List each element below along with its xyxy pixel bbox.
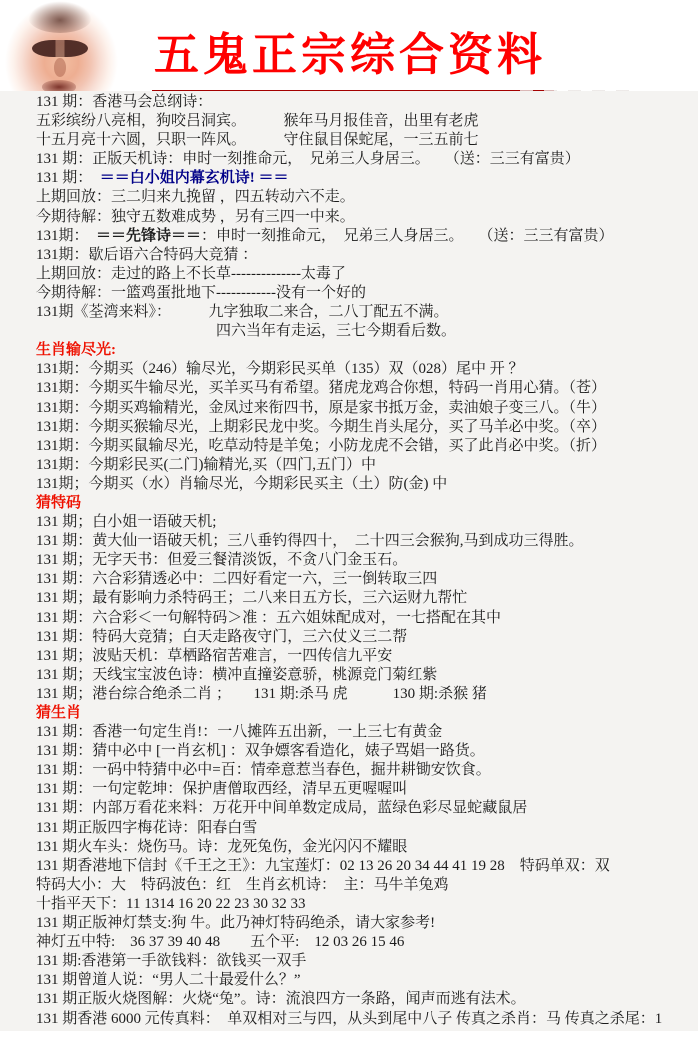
sunglasses-icon (32, 40, 89, 57)
text-line: 131 期：黄大仙一语破天机；三八垂钓得四十， 二十四三会猴狗,马到成功三得胜。 (36, 532, 698, 551)
text-run: 上期回放：三二归来九挽留 ，四五转动六不走。 (36, 189, 355, 205)
text-run: 131期：歇后语六合特码大竞猜 ： (36, 247, 257, 263)
text-run: 131 期：正版天机诗：申时一刻推命元， 兄弟三人身居三。 （送：三三有富贵） (36, 151, 580, 167)
text-run: ＝＝先锋诗＝＝ (96, 228, 201, 244)
text-run: 131期；今期买（水）肖输尽光，今期彩民买主（土）防(金) 中 (36, 476, 447, 492)
text-line: 131期：今期买牛输尽光，买羊买马有希望。猪虎龙鸡合你想，特码一肖用心猜。（苍） (36, 379, 698, 398)
text-run: 131 期香港地下信封《千王之王》：九宝莲灯：02 13 26 20 34 44… (36, 858, 610, 874)
text-run: 五彩缤纷八亮相，狗咬吕洞宾。 猴年马月报佳音，出里有老虎 (36, 113, 479, 129)
text-line: 131 期正版神灯禁支:狗 牛。此乃神灯特码绝杀，请大家参考! (36, 914, 698, 933)
text-run: 131 期：黄大仙一语破天机；三八垂钓得四十， 二十四三会猴狗,马到成功三得胜。 (36, 533, 584, 549)
section-header-zodiac-loss: 生肖输尽光: (36, 341, 698, 360)
text-run: 131 期： (36, 170, 100, 186)
text-line: 四六当年有走运，三七今期看后数。 (36, 322, 698, 341)
text-run: 131期：今期彩民买(二门)输精光,买（四门,五门）中 (36, 457, 376, 473)
text-run: 猜特码 (36, 495, 81, 511)
text-line: 神灯五中特: 36 37 39 40 48 五个平: 12 03 26 15 4… (36, 933, 698, 952)
text-line: 131 期：正版天机诗：申时一刻推命元， 兄弟三人身居三。 （送：三三有富贵） (36, 150, 698, 169)
text-line: 131 期:香港第一手欲钱料：欲钱买一双手 (36, 952, 698, 971)
page-title: 五鬼正宗综合资料 (152, 18, 554, 94)
text-run: 四六当年有走运，三七今期看后数。 (36, 323, 456, 339)
content-lines: 131 期：香港马会总纲诗：五彩缤纷八亮相，狗咬吕洞宾。 猴年马月报佳音，出里有… (0, 91, 698, 1031)
text-line: 特码大小：大 特码波色：红 生肖玄机诗： 主：马牛羊兔鸡 (36, 876, 698, 895)
text-line: 131 期香港地下信封《千王之王》：九宝莲灯：02 13 26 20 34 44… (36, 857, 698, 876)
hair-shape (28, 1, 92, 33)
text-line: 131 期：六合彩＜一句解特码＞准 ：五六姐妹配成对，一七搭配在其中 (36, 609, 698, 628)
text-run: 131 期；白小姐一语破天机; (36, 514, 216, 530)
text-line: 131 期：香港一句定生肖!：一八摊阵五出新，一上三七有黄金 (36, 723, 698, 742)
text-line: 131 期：六合彩猜透必中：二四好看定一六，三一倒转取三四 (36, 570, 698, 589)
text-run: 131 期：香港马会总纲诗： (36, 94, 212, 110)
text-run: 上期回放：走过的路上不长草--------------太毒了 (36, 266, 346, 282)
text-line: 131 期火车头：烧伤马。诗：龙死兔伤，金光闪闪不耀眼 (36, 838, 698, 857)
text-line: 131 期；无字天书：但爱三餐清淡饭，不贪八门金玉石。 (36, 551, 698, 570)
text-line: 131期：今期买（246）输尽光，今期彩民买单（135）双（028）尾中 开 ？ (36, 360, 698, 379)
text-line: 131 期：一码中特猜中必中=百：情牵意惹当春色，掘井耕锄安饮食。 (36, 761, 698, 780)
text-run: 131期《荃湾来料》： 九字独取二来合，二八丁配五不满。 (36, 304, 449, 320)
text-line: 131 期；最有影响力杀特码王；二八来日五方长，三六运财九帮忙 (36, 589, 698, 608)
text-line: 131 期：香港马会总纲诗： (36, 93, 698, 112)
text-run: 十五月亮十六圆，只职一阵风。 守住鼠目保蛇尾，一三五前七 (36, 132, 479, 148)
text-run: 131 期；最有影响力杀特码王；二八来日五方长，三六运财九帮忙 (36, 590, 467, 606)
text-line: 131 期正版四字梅花诗：阳春白雪 (36, 819, 698, 838)
text-run: ＝＝白小姐内幕玄机诗! ＝＝ (100, 170, 289, 186)
section-header-guess-zodiac: 猜生肖 (36, 704, 698, 723)
text-run: 十指平天下：11 1314 16 20 22 23 30 32 33 (36, 896, 305, 912)
text-run: 131 期正版火烧图解：火烧“兔”。诗：流浪四方一条路，闻声而逃有法术。 (36, 991, 526, 1007)
text-run: 131 期正版四字梅花诗：阳春白雪 (36, 820, 257, 836)
text-line: 131期：今期买鼠输尽光，吃草动特是羊兔；小防龙虎不会错，买了此肖必中奖。（折） (36, 437, 698, 456)
text-run: 131 期：内部万看花来料：万花开中间单数定成局，蓝绿色彩尽显蛇藏鼠居 (36, 800, 527, 816)
text-line: 131 期：猜中必中 [一肖玄机] ：双争嫖客看造化，婊子骂娼一路货。 (36, 742, 698, 761)
text-run: 131 期；港台综合绝杀二肖 ； 131 期:杀马 虎 130 期:杀猴 猪 (36, 686, 487, 702)
text-run: 猜生肖 (36, 705, 81, 721)
text-run: 131 期；波贴天机：草栖路宿苦难言，一四传信九平安 (36, 648, 392, 664)
text-run: 131 期：六合彩＜一句解特码＞准 ：五六姐妹配成对，一七搭配在其中 (36, 610, 501, 626)
text-run: 131 期：猜中必中 [一肖玄机] ：双争嫖客看造化，婊子骂娼一路货。 (36, 743, 485, 759)
text-line: 131期《荃湾来料》： 九字独取二来合，二八丁配五不满。 (36, 303, 698, 322)
text-run: 131期： (36, 228, 96, 244)
text-run: 131 期火车头：烧伤马。诗：龙死兔伤，金光闪闪不耀眼 (36, 839, 407, 855)
text-line: 131 期；港台综合绝杀二肖 ； 131 期:杀马 虎 130 期:杀猴 猪 (36, 685, 698, 704)
text-run: 131 期；无字天书：但爱三餐清淡饭，不贪八门金玉石。 (36, 552, 407, 568)
text-line: 131 期： ＝＝白小姐内幕玄机诗! ＝＝ (36, 169, 698, 188)
text-line: 131期：今期彩民买(二门)输精光,买（四门,五门）中 (36, 456, 698, 475)
text-run: 131 期：一句定乾坤：保护唐僧取西经，清早五更喔喔叫 (36, 781, 407, 797)
text-run: 131期：今期买牛输尽光，买羊买马有希望。猪虎龙鸡合你想，特码一肖用心猜。（苍） (36, 380, 606, 396)
text-line: 131 期；白小姐一语破天机; (36, 513, 698, 532)
text-run: 131期：今期买猴输尽光，上期彩民龙中奖。今期生肖头尾分，买了马羊必中奖。（卒） (36, 419, 606, 435)
text-line: 131期：今期买鸡输精光，金凤过来衔四书，原是家书抵万金，卖油娘子变三八。（牛） (36, 399, 698, 418)
text-run: 131 期：特码大竞猜；白天走路夜守门，三六仗义三二帮 (36, 629, 407, 645)
text-run: 生肖输尽光: (36, 342, 116, 358)
text-line: 十五月亮十六圆，只职一阵风。 守住鼠目保蛇尾，一三五前七 (36, 131, 698, 150)
text-line: 上期回放：三二归来九挽留 ，四五转动六不走。 (36, 188, 698, 207)
tipsheet-page: 五鬼正宗综合资料 131 期：香港马会总纲诗：五彩缤纷八亮相，狗咬吕洞宾。 猴年… (0, 0, 698, 1037)
text-run: 今期待解：独守五数难成势 ，另有三四一中来。 (36, 209, 355, 225)
text-run: 神灯五中特: 36 37 39 40 48 五个平: 12 03 26 15 4… (36, 934, 404, 950)
text-run: 131 期:香港第一手欲钱料：欲钱买一双手 (36, 953, 306, 969)
nose-shape (54, 58, 66, 76)
text-line: 十指平天下：11 1314 16 20 22 23 30 32 33 (36, 895, 698, 914)
text-line: 131 期；波贴天机：草栖路宿苦难言，一四传信九平安 (36, 647, 698, 666)
text-line: 131 期正版火烧图解：火烧“兔”。诗：流浪四方一条路，闻声而逃有法术。 (36, 990, 698, 1009)
text-run: 131期：今期买鸡输精光，金凤过来衔四书，原是家书抵万金，卖油娘子变三八。（牛） (36, 400, 606, 416)
text-line: 131 期：内部万看花来料：万花开中间单数定成局，蓝绿色彩尽显蛇藏鼠居 (36, 799, 698, 818)
text-line: 131期；今期买（水）肖输尽光，今期彩民买主（土）防(金) 中 (36, 475, 698, 494)
text-line: 131期：今期买猴输尽光，上期彩民龙中奖。今期生肖头尾分，买了马羊必中奖。（卒） (36, 418, 698, 437)
section-header-guess-special-code: 猜特码 (36, 494, 698, 513)
text-line: 131 期：一句定乾坤：保护唐僧取西经，清早五更喔喔叫 (36, 780, 698, 799)
text-run: 131 期：香港一句定生肖!：一八摊阵五出新，一上三七有黄金 (36, 724, 442, 740)
text-line: 今期待解：一篮鸡蛋批地下------------没有一个好的 (36, 284, 698, 303)
text-line: 131 期：特码大竞猜；白天走路夜守门，三六仗义三二帮 (36, 628, 698, 647)
text-run: ：申时一刻推命元， 兄弟三人身居三。 （送：三三有富贵） (201, 228, 614, 244)
text-line: 131 期；天线宝宝波色诗：横冲直撞姿意骄，桃源竞门菊红紫 (36, 666, 698, 685)
text-run: 131 期正版神灯禁支:狗 牛。此乃神灯特码绝杀，请大家参考! (36, 915, 435, 931)
text-run: 131 期曾道人说：“男人二十最爱什么？” (36, 972, 301, 988)
text-run: 131 期：一码中特猜中必中=百：情牵意惹当春色，掘井耕锄安饮食。 (36, 762, 491, 778)
text-line: 上期回放：走过的路上不长草--------------太毒了 (36, 265, 698, 284)
text-run: 131 期；天线宝宝波色诗：横冲直撞姿意骄，桃源竞门菊红紫 (36, 667, 437, 683)
text-run: 131 期：六合彩猜透必中：二四好看定一六，三一倒转取三四 (36, 571, 437, 587)
text-line: 五彩缤纷八亮相，狗咬吕洞宾。 猴年马月报佳音，出里有老虎 (36, 112, 698, 131)
text-line: 131 期曾道人说：“男人二十最爱什么？” (36, 971, 698, 990)
text-run: 今期待解：一篮鸡蛋批地下------------没有一个好的 (36, 285, 366, 301)
text-run: 131期：今期买（246）输尽光，今期彩民买单（135）双（028）尾中 开 ？ (36, 361, 524, 377)
text-line: 131期： ＝＝先锋诗＝＝：申时一刻推命元， 兄弟三人身居三。 （送：三三有富贵… (36, 227, 698, 246)
text-line: 131 期香港 6000 元传真料： 单双相对三与四，从头到尾中八子 传真之杀肖… (36, 1010, 698, 1029)
text-line: 131期：歇后语六合特码大竞猜 ： (36, 246, 698, 265)
text-line: 今期待解：独守五数难成势 ，另有三四一中来。 (36, 208, 698, 227)
text-run: 特码大小：大 特码波色：红 生肖玄机诗： 主：马牛羊兔鸡 (36, 877, 449, 893)
text-run: 131期：今期买鼠输尽光，吃草动特是羊兔；小防龙虎不会错，买了此肖必中奖。（折） (36, 438, 606, 454)
text-run: 131 期香港 6000 元传真料： 单双相对三与四，从头到尾中八子 传真之杀肖… (36, 1011, 662, 1027)
